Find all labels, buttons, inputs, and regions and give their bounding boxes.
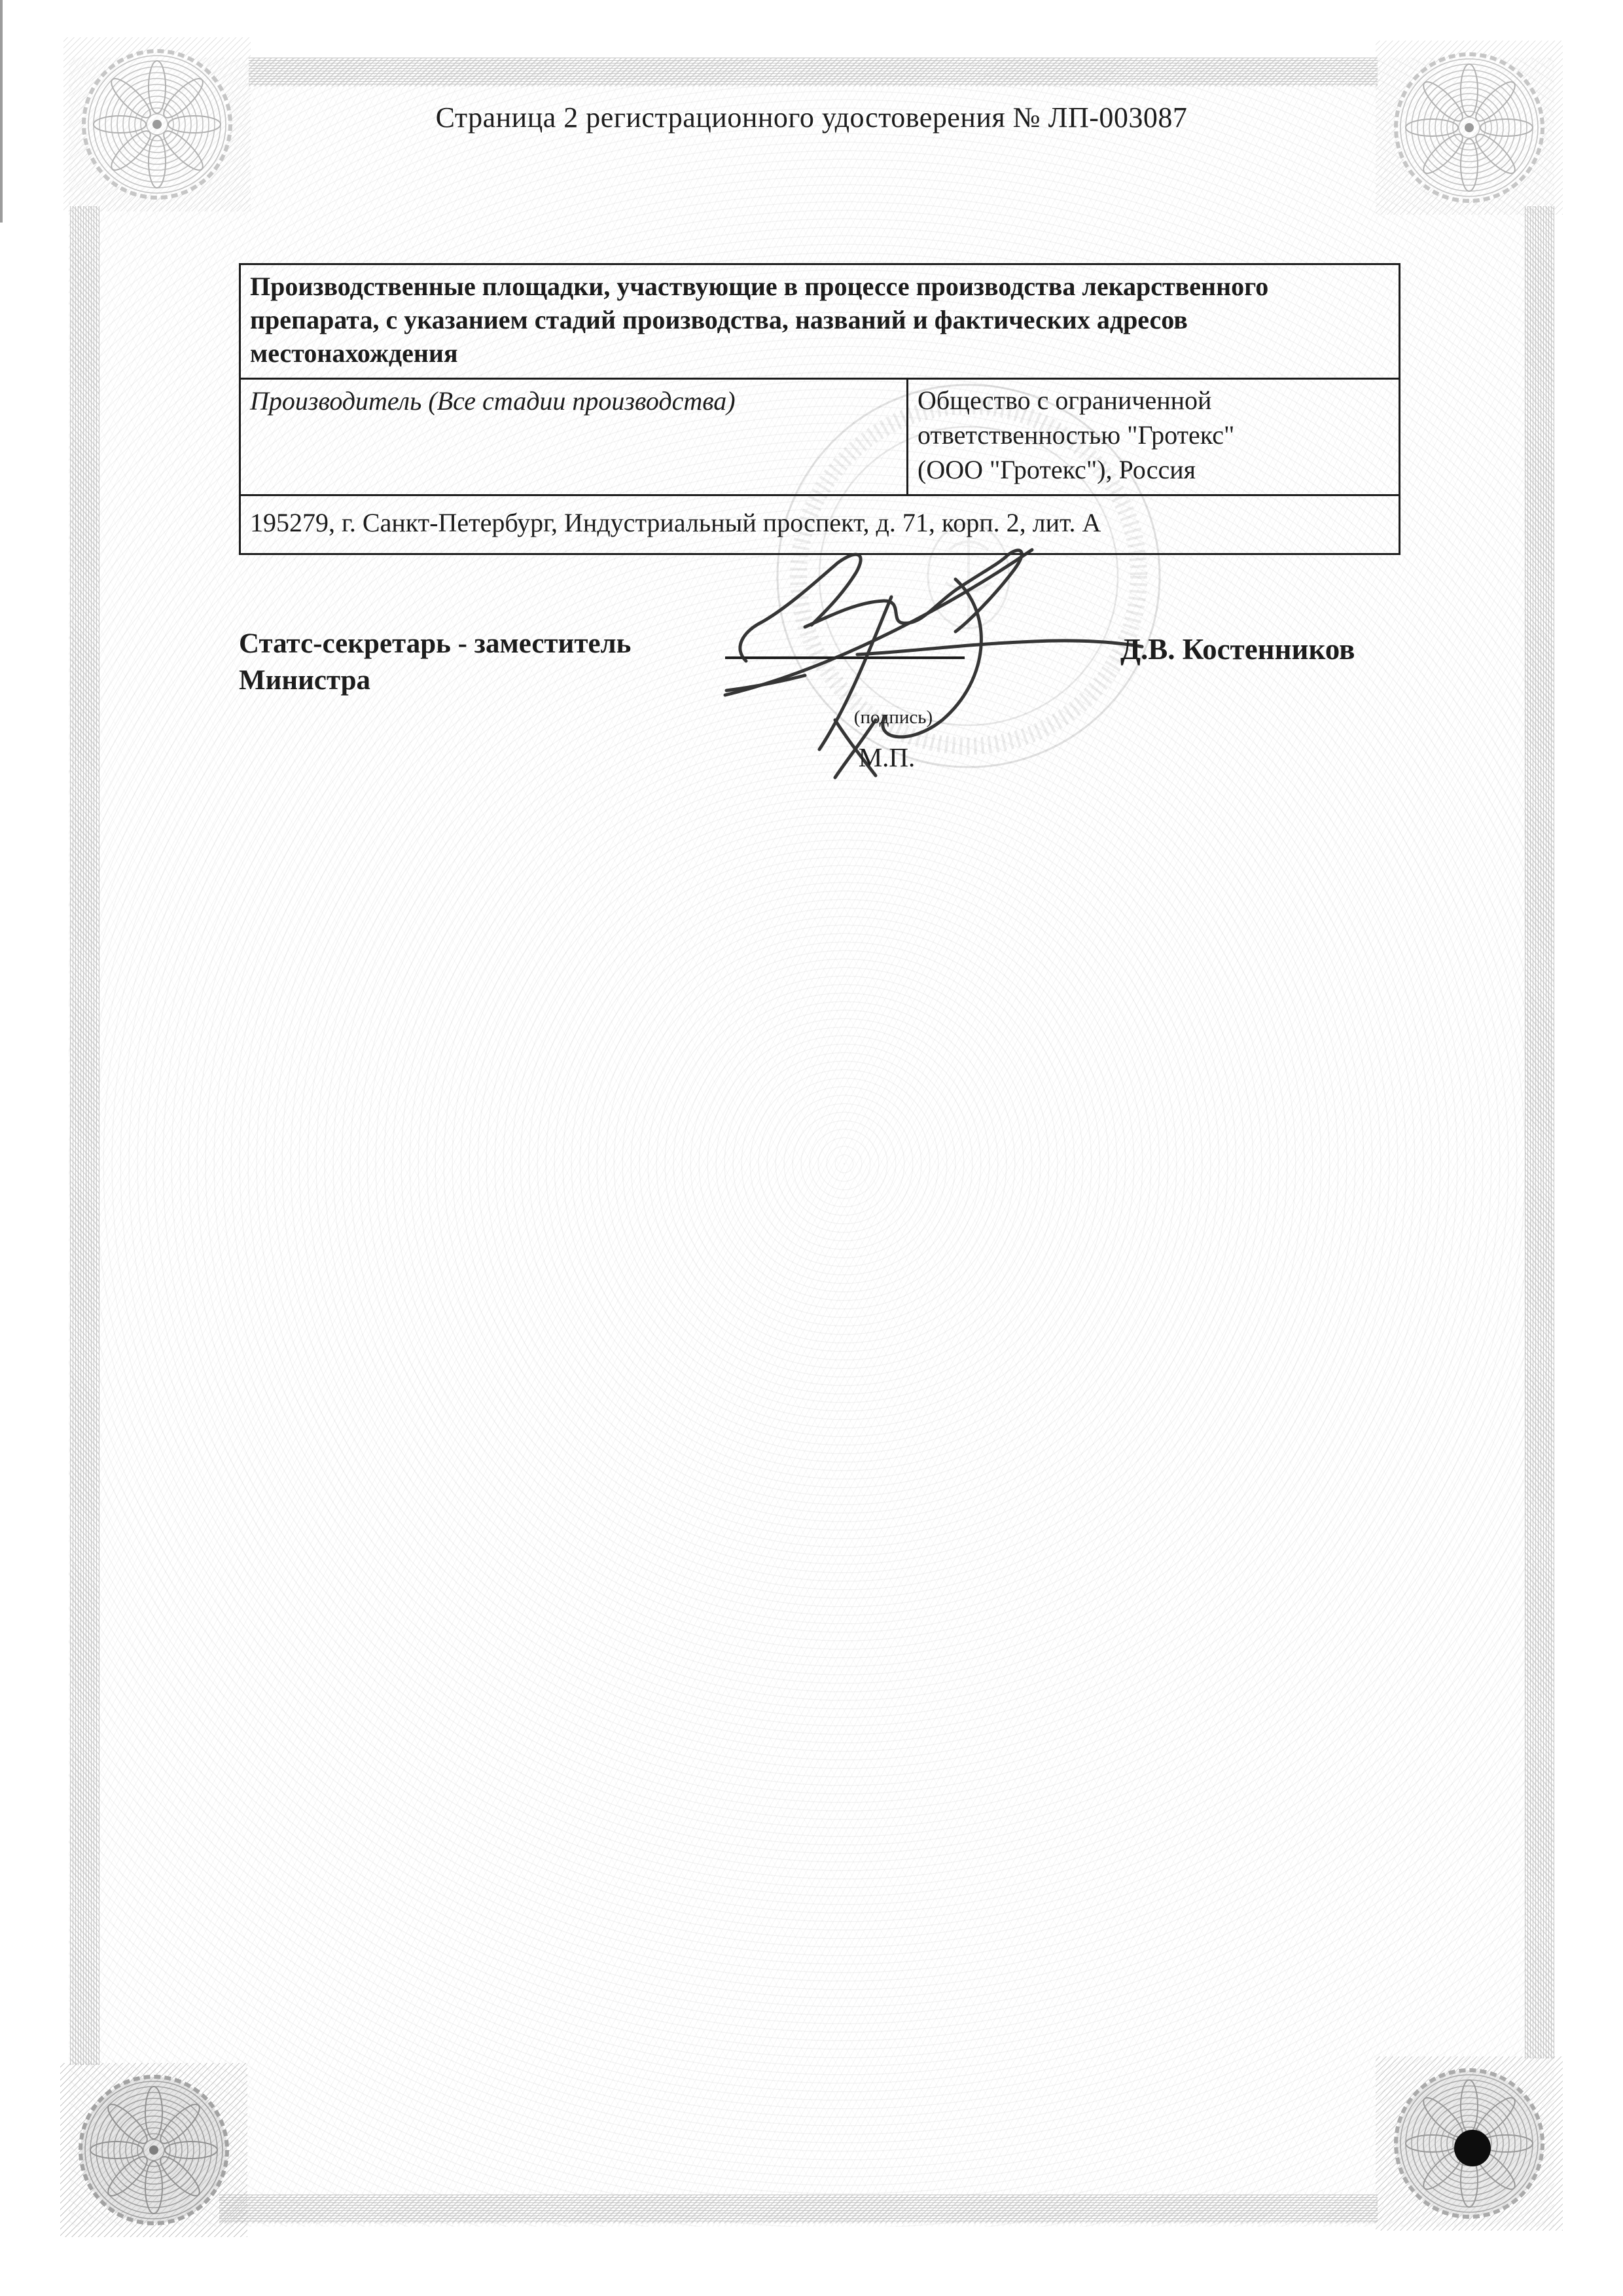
seal-place-mark: М.П.: [759, 742, 1014, 773]
certificate-page: Страница 2 регистрационного удостоверени…: [0, 0, 1623, 2296]
official-post-title: Статс-секретарь - заместитель Министра: [239, 626, 749, 699]
table-header-cell: Производственные площадки, участвующие в…: [241, 265, 1399, 380]
table-row-producer: Производитель (Все стадии производства) …: [241, 380, 1399, 495]
signature-caption: (подпись): [762, 707, 1024, 728]
producer-label-cell: Производитель (Все стадии производства): [241, 380, 908, 493]
border-band-right: [1525, 206, 1554, 2058]
producer-value-cell: Общество с ограниченной ответственностью…: [908, 380, 1399, 493]
border-band-left: [70, 206, 99, 2065]
punch-hole-dot: [1454, 2130, 1491, 2166]
production-sites-table: Производственные площадки, участвующие в…: [239, 263, 1400, 555]
border-band-bottom: [219, 2195, 1378, 2223]
border-band-top: [249, 58, 1378, 86]
corner-rosette-bottom-left: [59, 2062, 249, 2238]
signer-name: Д.В. Костенников: [1120, 632, 1408, 666]
page-title: Страница 2 регистрационного удостоверени…: [0, 101, 1623, 134]
